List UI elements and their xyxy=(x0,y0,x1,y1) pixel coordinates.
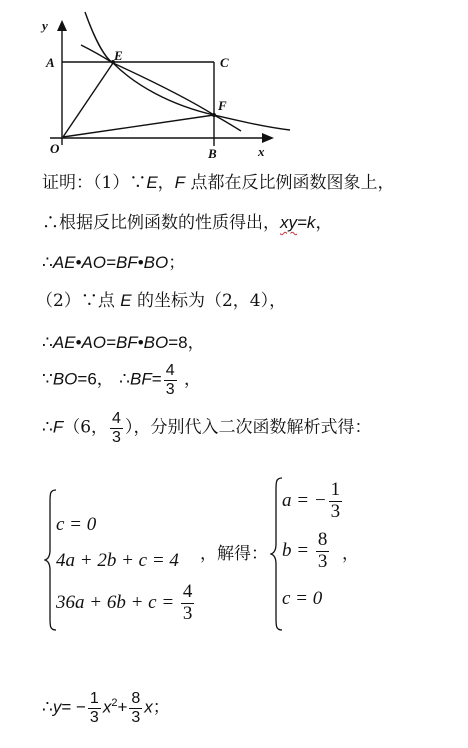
text: （6， xyxy=(63,418,108,438)
equation-2: 4a + 2b + c = 4 xyxy=(56,550,179,572)
therefore-symbol: ∴ xyxy=(114,370,130,390)
expr: AE•AO=BF•BO xyxy=(53,253,168,272)
segment-OE xyxy=(63,63,113,137)
expr-xy: xy xyxy=(280,213,297,232)
expr: AE•AO=BF•BO xyxy=(53,333,168,352)
text: ； xyxy=(168,253,185,273)
label-B: B xyxy=(207,146,217,161)
fraction-1-3: 13 xyxy=(88,690,101,726)
text: ， xyxy=(188,333,205,353)
value: =6， xyxy=(77,370,113,389)
x-axis-arrow-icon xyxy=(262,133,274,143)
text: ； xyxy=(153,698,170,718)
text: ， xyxy=(179,370,201,390)
final-equation: ∴y= −13x2+83x； xyxy=(42,690,170,726)
equation-system: c = 0 4a + 2b + c = 4 36a + 6b + c = 43 xyxy=(44,488,184,632)
solution-b: b = 83 xyxy=(282,530,331,573)
eq-text: c = 0 xyxy=(56,514,96,535)
eq-text: 36a + 6b + c = xyxy=(56,592,179,613)
denominator: 3 xyxy=(129,709,142,727)
fraction-8-3: 83 xyxy=(316,530,330,573)
numerator: 8 xyxy=(129,690,142,709)
text: ， xyxy=(315,213,332,233)
denominator: 3 xyxy=(316,552,330,573)
denominator: 3 xyxy=(164,381,177,399)
label-C: C xyxy=(220,55,229,70)
numerator: 1 xyxy=(88,690,101,709)
numerator: 4 xyxy=(110,410,123,429)
equation-3: 36a + 6b + c = 43 xyxy=(56,582,196,625)
y-axis-arrow-icon xyxy=(57,20,67,31)
eq-text: c = 0 xyxy=(282,588,322,609)
text: ， xyxy=(342,544,359,564)
because-symbol: ∵ xyxy=(42,370,53,390)
fraction-1-3: 13 xyxy=(329,480,343,523)
label-A: A xyxy=(45,55,55,70)
proof-line-3: ∴AE•AO=BF•BO； xyxy=(42,254,185,272)
fraction-4-3: 43 xyxy=(181,582,195,625)
label-x: x xyxy=(257,144,265,159)
denominator: 3 xyxy=(88,709,101,727)
proof-line-6: ∵BO=6， ∴BF=43 ， xyxy=(42,362,201,398)
proof-line-4: （2）∵点 E 的坐标为（2，4）， xyxy=(36,292,286,310)
text: 证明：（1）∵ xyxy=(42,173,146,193)
therefore-symbol: ∴ xyxy=(42,253,53,273)
label-F: F xyxy=(217,98,227,113)
point-F: F xyxy=(53,418,63,437)
text: = − xyxy=(61,698,86,717)
connector-text: ，解得： xyxy=(200,546,268,563)
eq-text: 4a + 2b + c = 4 xyxy=(56,550,179,571)
text: ∴根据反比例函数的性质得出， xyxy=(42,213,280,233)
text: 点都在反比例函数图象上， xyxy=(185,173,394,193)
denominator: 3 xyxy=(110,429,123,447)
segment-OF xyxy=(63,115,214,137)
numerator: 4 xyxy=(164,362,177,381)
solution-a: a = −13 xyxy=(282,480,344,523)
denominator: 3 xyxy=(181,604,195,625)
proof-line-2: ∴根据反比例函数的性质得出，xy=k， xyxy=(42,214,332,232)
text: ， xyxy=(158,173,175,193)
label-y: y xyxy=(40,18,48,33)
point-E: E xyxy=(146,173,157,192)
text: ，解得： xyxy=(200,544,268,564)
trailing-comma: ， xyxy=(342,546,359,563)
text: + xyxy=(117,698,127,717)
therefore-symbol: ∴ xyxy=(42,418,53,438)
var-x: x xyxy=(144,698,153,717)
therefore-symbol: ∴ xyxy=(42,333,53,353)
point-E: E xyxy=(120,291,131,310)
therefore-symbol: ∴ xyxy=(42,698,53,718)
text: 的坐标为（2，4）， xyxy=(132,291,287,311)
numerator: 8 xyxy=(316,530,330,552)
fraction-4-3: 43 xyxy=(110,410,123,446)
expr-BO: BO xyxy=(53,370,78,389)
value: =8 xyxy=(168,333,187,352)
hyperbola-curve xyxy=(85,12,290,130)
parabola-curve xyxy=(81,45,241,131)
text: = xyxy=(152,370,162,389)
text: （2）∵点 xyxy=(36,291,120,311)
proof-line-5: ∴AE•AO=BF•BO=8， xyxy=(42,334,205,352)
point-F: F xyxy=(175,173,185,192)
fraction-8-3: 83 xyxy=(129,690,142,726)
expr-BF: BF xyxy=(130,370,152,389)
equation-1: c = 0 xyxy=(56,514,96,536)
eq-text: b = xyxy=(282,540,314,561)
denominator: 3 xyxy=(329,502,343,523)
proof-line-7: ∴F（6，43），分别代入二次函数解析式得： xyxy=(42,410,371,446)
text: ），分别代入二次函数解析式得： xyxy=(125,418,372,438)
fraction-4-3: 43 xyxy=(164,362,177,398)
geometry-figure: y A E C F O B x xyxy=(0,0,300,165)
solution-c: c = 0 xyxy=(282,588,322,610)
numerator: 4 xyxy=(181,582,195,604)
proof-line-1: 证明：（1）∵E，F 点都在反比例函数图象上， xyxy=(42,174,394,192)
eq-text: a = − xyxy=(282,490,327,511)
label-O: O xyxy=(50,141,60,156)
label-E: E xyxy=(113,48,123,63)
numerator: 1 xyxy=(329,480,343,502)
expr-eq-k: =k xyxy=(297,213,315,232)
